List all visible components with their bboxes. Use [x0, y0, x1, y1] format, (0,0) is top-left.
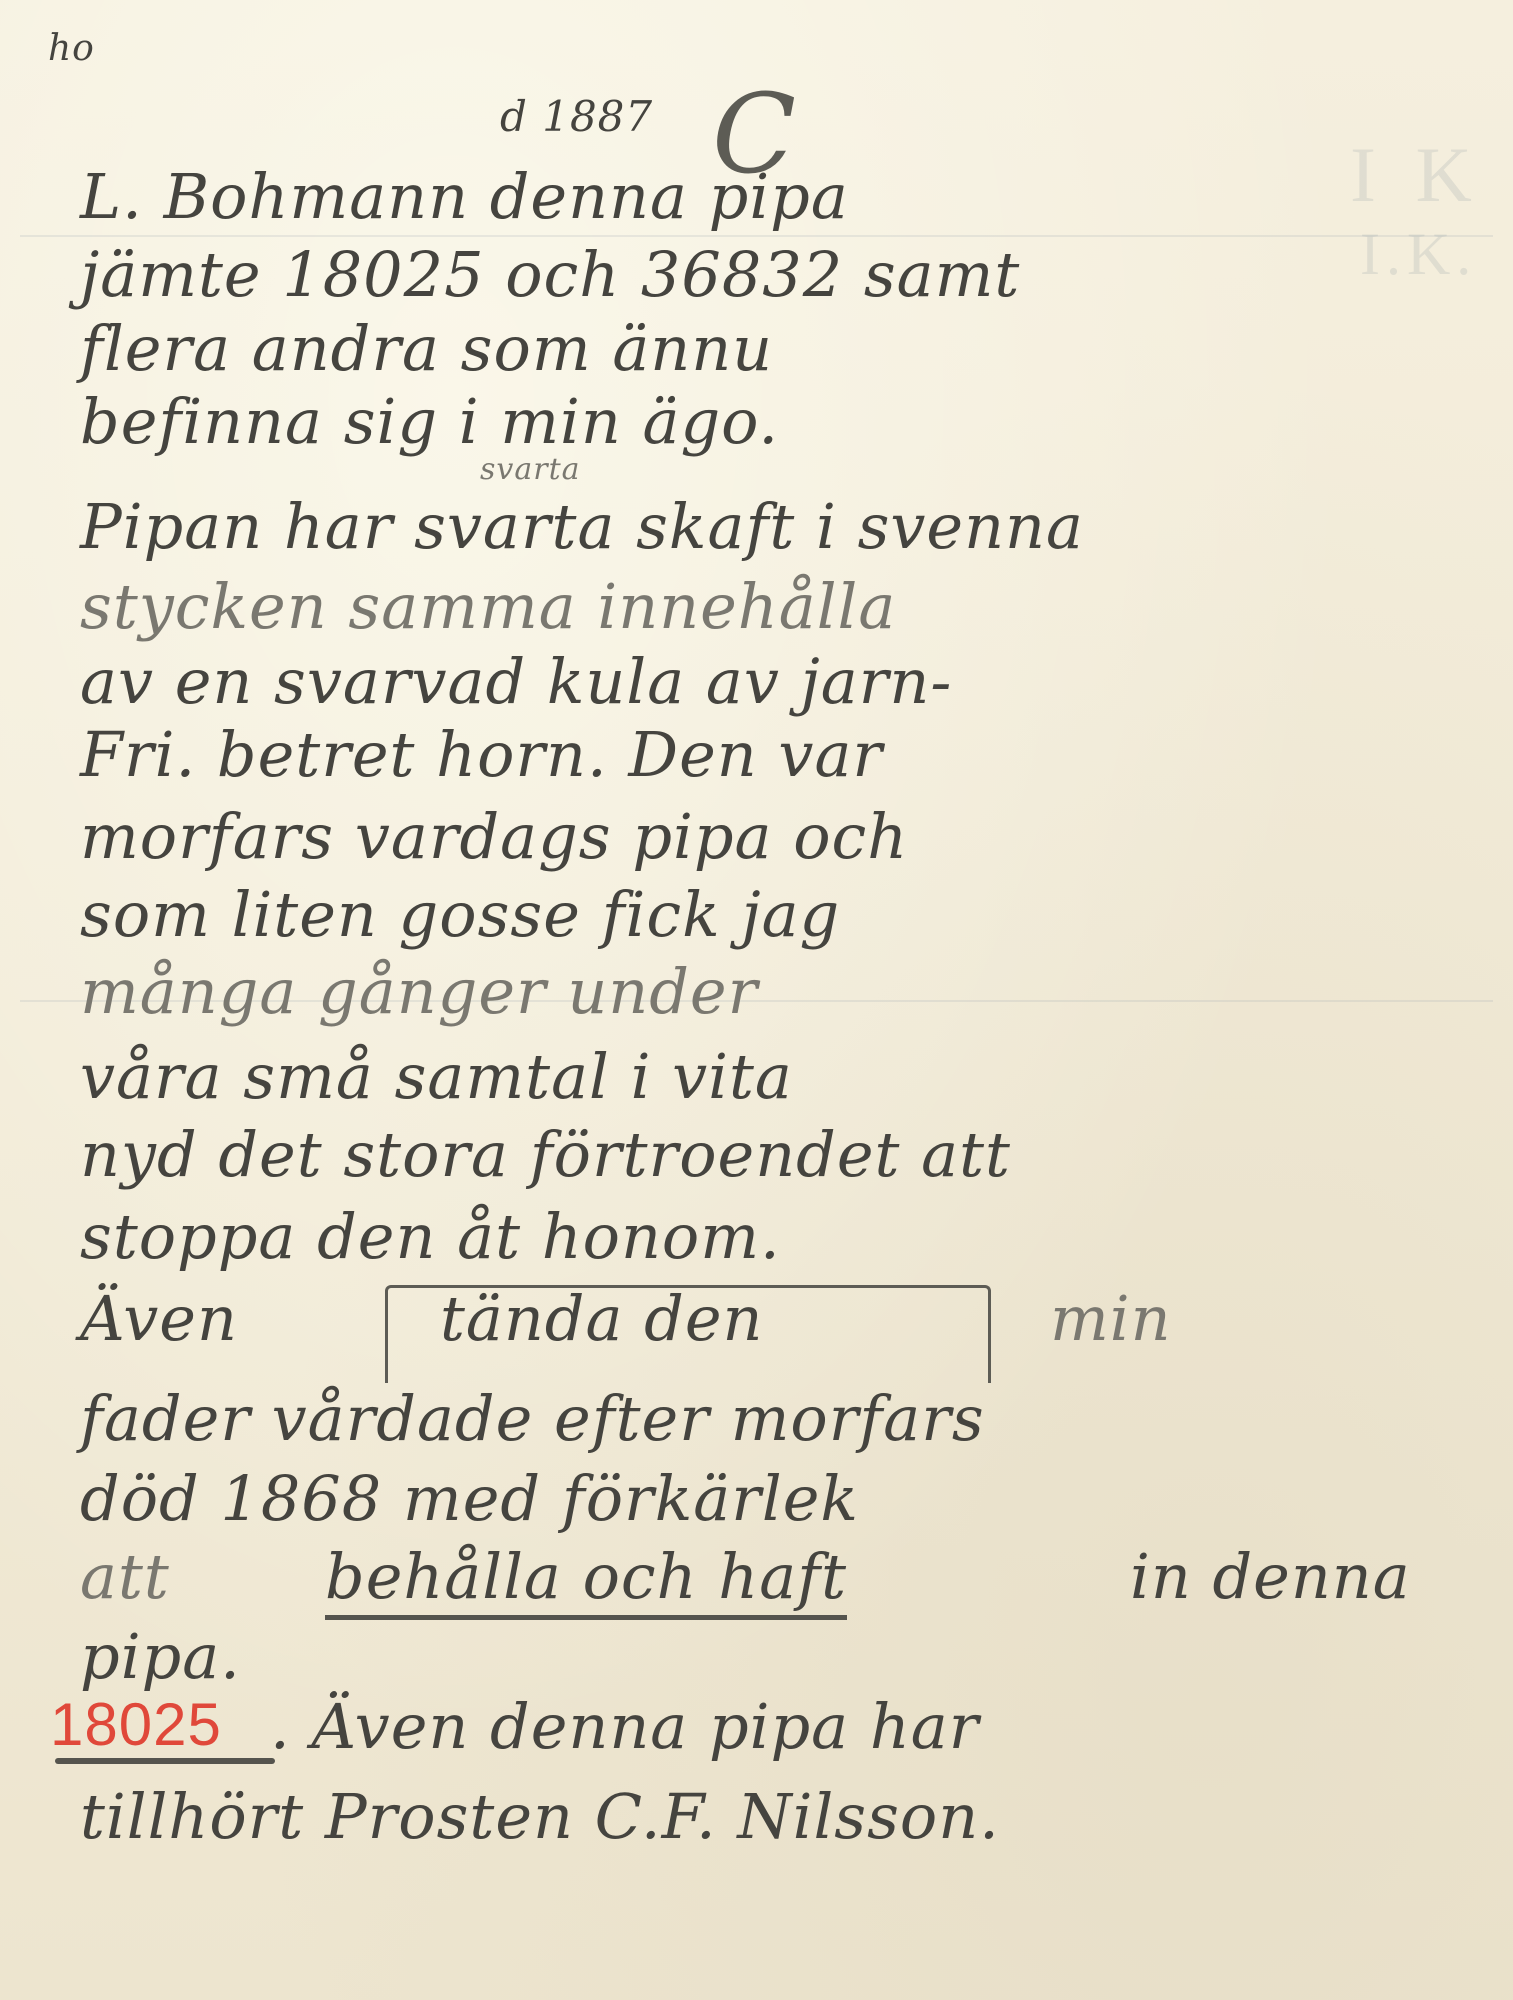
text-line: många gånger under	[80, 955, 758, 1028]
underlined-phrase: behålla och haft	[325, 1540, 847, 1620]
signature-line: tillhört Prosten C.F. Nilsson.	[80, 1780, 1000, 1853]
underline-stroke	[55, 1758, 275, 1764]
text-line-att: att	[80, 1540, 170, 1613]
red-catalog-number: 18025	[50, 1690, 222, 1759]
text-line: jämte 18025 och 36832 samt	[80, 238, 1020, 311]
date-note: d 1887	[500, 92, 653, 141]
text-line: våra små samtal i vita	[80, 1040, 793, 1113]
text-line: Pipan har svarta skaft i svenna	[80, 490, 1084, 563]
text-line-bracketed: tända den	[440, 1282, 763, 1355]
text-line: stoppa den åt honom.	[80, 1200, 781, 1273]
text-line: morfars vardags pipa och	[80, 800, 908, 873]
text-line: . Även denna pipa har	[270, 1690, 979, 1763]
text-line: befinna sig i min ägo.	[80, 385, 779, 458]
inserted-word: svarta	[480, 452, 581, 487]
bleed-through-subheader: I.K.	[1360, 220, 1477, 289]
text-line: L. Bohmann denna pipa	[80, 160, 849, 233]
text-line: nyd det stora förtroendet att	[80, 1118, 1011, 1191]
text-line: Fri. betret horn. Den var	[80, 718, 883, 791]
text-line: fader vårdade efter morfars	[80, 1382, 985, 1455]
bleed-through-header: I K M	[1350, 130, 1513, 220]
faint-rule	[20, 235, 1493, 237]
text-line: av en svarvad kula av jarn-	[80, 645, 952, 718]
text-line: död 1868 med förkärlek	[80, 1462, 859, 1535]
text-line: flera andra som ännu	[80, 312, 773, 385]
text-line: pipa.	[80, 1620, 241, 1693]
text-line-min: min	[1050, 1282, 1172, 1355]
text-line: stycken samma innehålla	[80, 570, 896, 643]
text-line: som liten gosse fick jag	[80, 878, 840, 951]
text-line-even: Även	[80, 1282, 238, 1355]
corner-mark: ho	[48, 28, 95, 69]
text-line-in-denna: in denna	[1130, 1540, 1411, 1613]
